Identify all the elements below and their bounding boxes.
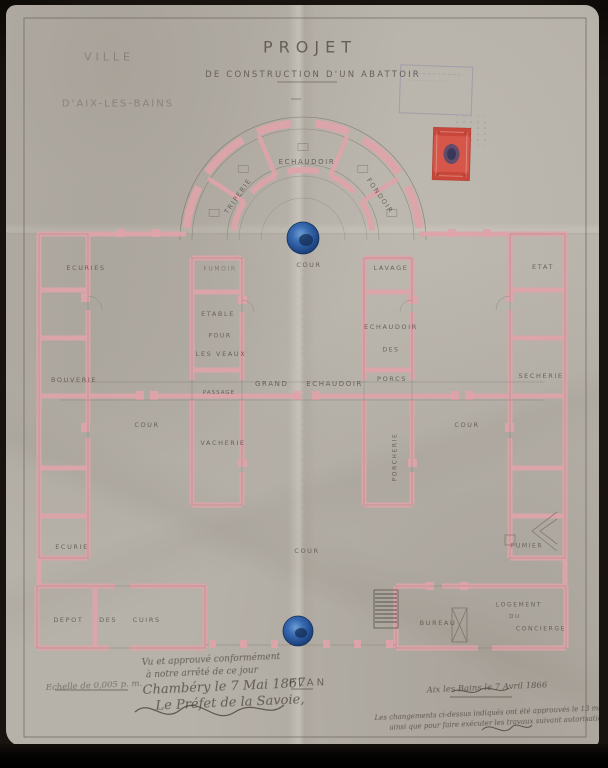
room-label-cour-left: COUR (134, 421, 159, 429)
room-label-cour-bottom: COUR (294, 547, 319, 555)
room-label-bouverie: BOUVERIE (51, 376, 97, 384)
room-label-porcs: PORCS (377, 375, 407, 383)
room-label-bureau: BUREAU (420, 619, 457, 627)
fountain-basin-top (287, 222, 319, 254)
room-label-echaudoir-des: DES (382, 347, 399, 354)
page-subtitle: DE CONSTRUCTION D'UN ABATTOIR (205, 70, 421, 80)
room-label-concierge: CONCIERGE (516, 626, 566, 633)
room-label-passage: PASSAGE (203, 390, 235, 396)
ville-line1: VILLE (84, 51, 134, 64)
page-title: PROJET (263, 38, 357, 57)
room-label-secherie: SECHERIE (518, 372, 563, 380)
archival-photo: VILLE D'AIX-LES-BAINS PROJET DE CONSTRUC… (0, 0, 608, 768)
room-label-fumier: FUMIER (511, 543, 543, 550)
room-label-echaudoir-rotunda: ECHAUDOIR (279, 158, 336, 166)
ville-line2: D'AIX-LES-BAINS (62, 99, 174, 110)
revenue-stamp-icon (432, 128, 470, 181)
room-label-cour-top: COUR (296, 261, 321, 269)
room-label-ecuries: ECURIES (66, 264, 105, 272)
room-label-etable-pour: POUR (208, 333, 231, 340)
room-label-ecurie: ECURIE (55, 543, 89, 551)
room-label-porcherie: PORCHERIE (392, 433, 399, 482)
room-label-fumoir: FUMOIR (203, 266, 236, 273)
room-label-lavage: LAVAGE (374, 264, 409, 272)
room-label-etable: ETABLE (201, 310, 235, 318)
wall-pilasters (81, 229, 514, 590)
room-label-depot-des-cuirs: DEPOT DES CUIRS (53, 616, 160, 624)
room-label-etat: ETAT (532, 263, 554, 271)
fountain-basin-bottom (283, 616, 313, 646)
plan-sheet: VILLE D'AIX-LES-BAINS PROJET DE CONSTRUC… (6, 5, 599, 746)
room-label-logement-du: DU (509, 614, 520, 620)
room-label-cour-right: COUR (454, 421, 479, 429)
photo-black-edge (0, 744, 608, 768)
room-label-etable-veaux: LES VEAUX (196, 350, 247, 358)
room-label-grand-echaudoir: GRAND ECHAUDOIR (255, 380, 363, 388)
room-label-echaudoir-porcs: ECHAUDOIR (364, 323, 418, 331)
room-label-logement: LOGEMENT (496, 602, 542, 609)
room-label-vacherie: VACHERIE (200, 439, 245, 447)
